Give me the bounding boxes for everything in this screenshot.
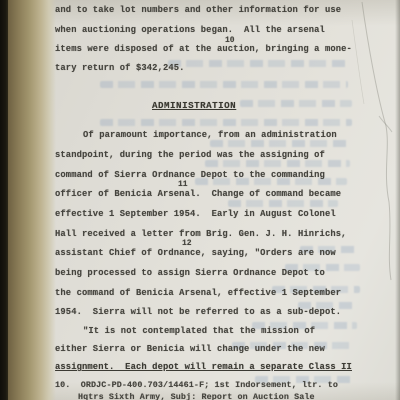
page-right-edge [395,0,400,400]
paper-crease [0,0,400,400]
book-spine-edge [0,0,8,400]
scanned-document-page: and to take lot numbers and other inform… [0,0,400,400]
binding-gutter-shadow [8,0,56,400]
